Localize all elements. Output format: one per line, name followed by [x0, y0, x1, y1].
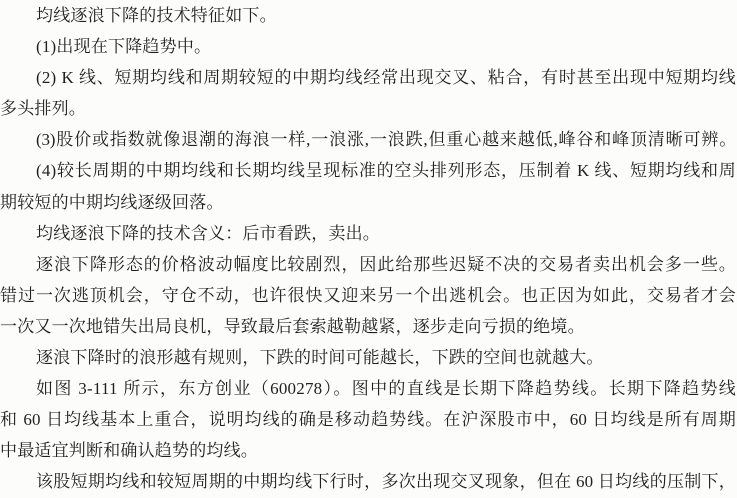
- text-line: (4)较长周期的中期均线和长期均线呈现标准的空头排列形态，压制着 K 线、短期均…: [0, 155, 736, 186]
- text-line: (1)出现在下降趋势中。: [0, 31, 736, 62]
- text-line: 逐浪下降形态的价格波动幅度比较剧烈，因此给那些迟疑不决的交易者卖出机会多一些。: [0, 249, 736, 280]
- text-line: 一次又一次地错失出局良机，导致最后套索越勒越紧，逐步走向亏损的绝境。: [0, 311, 736, 342]
- text-line: 错过一次逃顶机会，守仓不动，也许很快又迎来另一个出逃机会。也正因为如此，交易者才…: [0, 280, 736, 311]
- text-line: 期较短的中期均线逐级回落。: [0, 187, 736, 218]
- text-line: 均线逐浪下降的技术特征如下。: [0, 0, 736, 31]
- text-line: 多头排列。: [0, 93, 736, 124]
- text-line: 中最适宜判断和确认趋势的均线。: [0, 435, 736, 466]
- text-line: 如图 3-111 所示，东方创业（600278）。图中的直线是长期下降趋势线。长…: [0, 373, 736, 404]
- text-line: 该股短期均线和较短周期的中期均线下行时，多次出现交叉现象，但在 60 日均线的压…: [0, 466, 736, 497]
- text-line: 和 60 日均线基本上重合，说明均线的确是移动趋势线。在沪深股市中，60 日均线…: [0, 404, 736, 435]
- book-page: 均线逐浪下降的技术特征如下。 (1)出现在下降趋势中。 (2) K 线、短期均线…: [0, 0, 737, 498]
- text-line: (3)股价或指数就像退潮的海浪一样,一浪涨,一浪跌,但重心越来越低,峰谷和峰顶清…: [0, 124, 736, 155]
- text-line: 逐浪下降时的浪形越有规则，下跌的时间可能越长，下跌的空间也就越大。: [0, 342, 736, 373]
- text-line: (2) K 线、短期均线和周期较短的中期均线经常出现交叉、粘合，有时甚至出现中短…: [0, 62, 736, 93]
- text-line: 均线逐浪下降的技术含义：后市看跌，卖出。: [0, 218, 736, 249]
